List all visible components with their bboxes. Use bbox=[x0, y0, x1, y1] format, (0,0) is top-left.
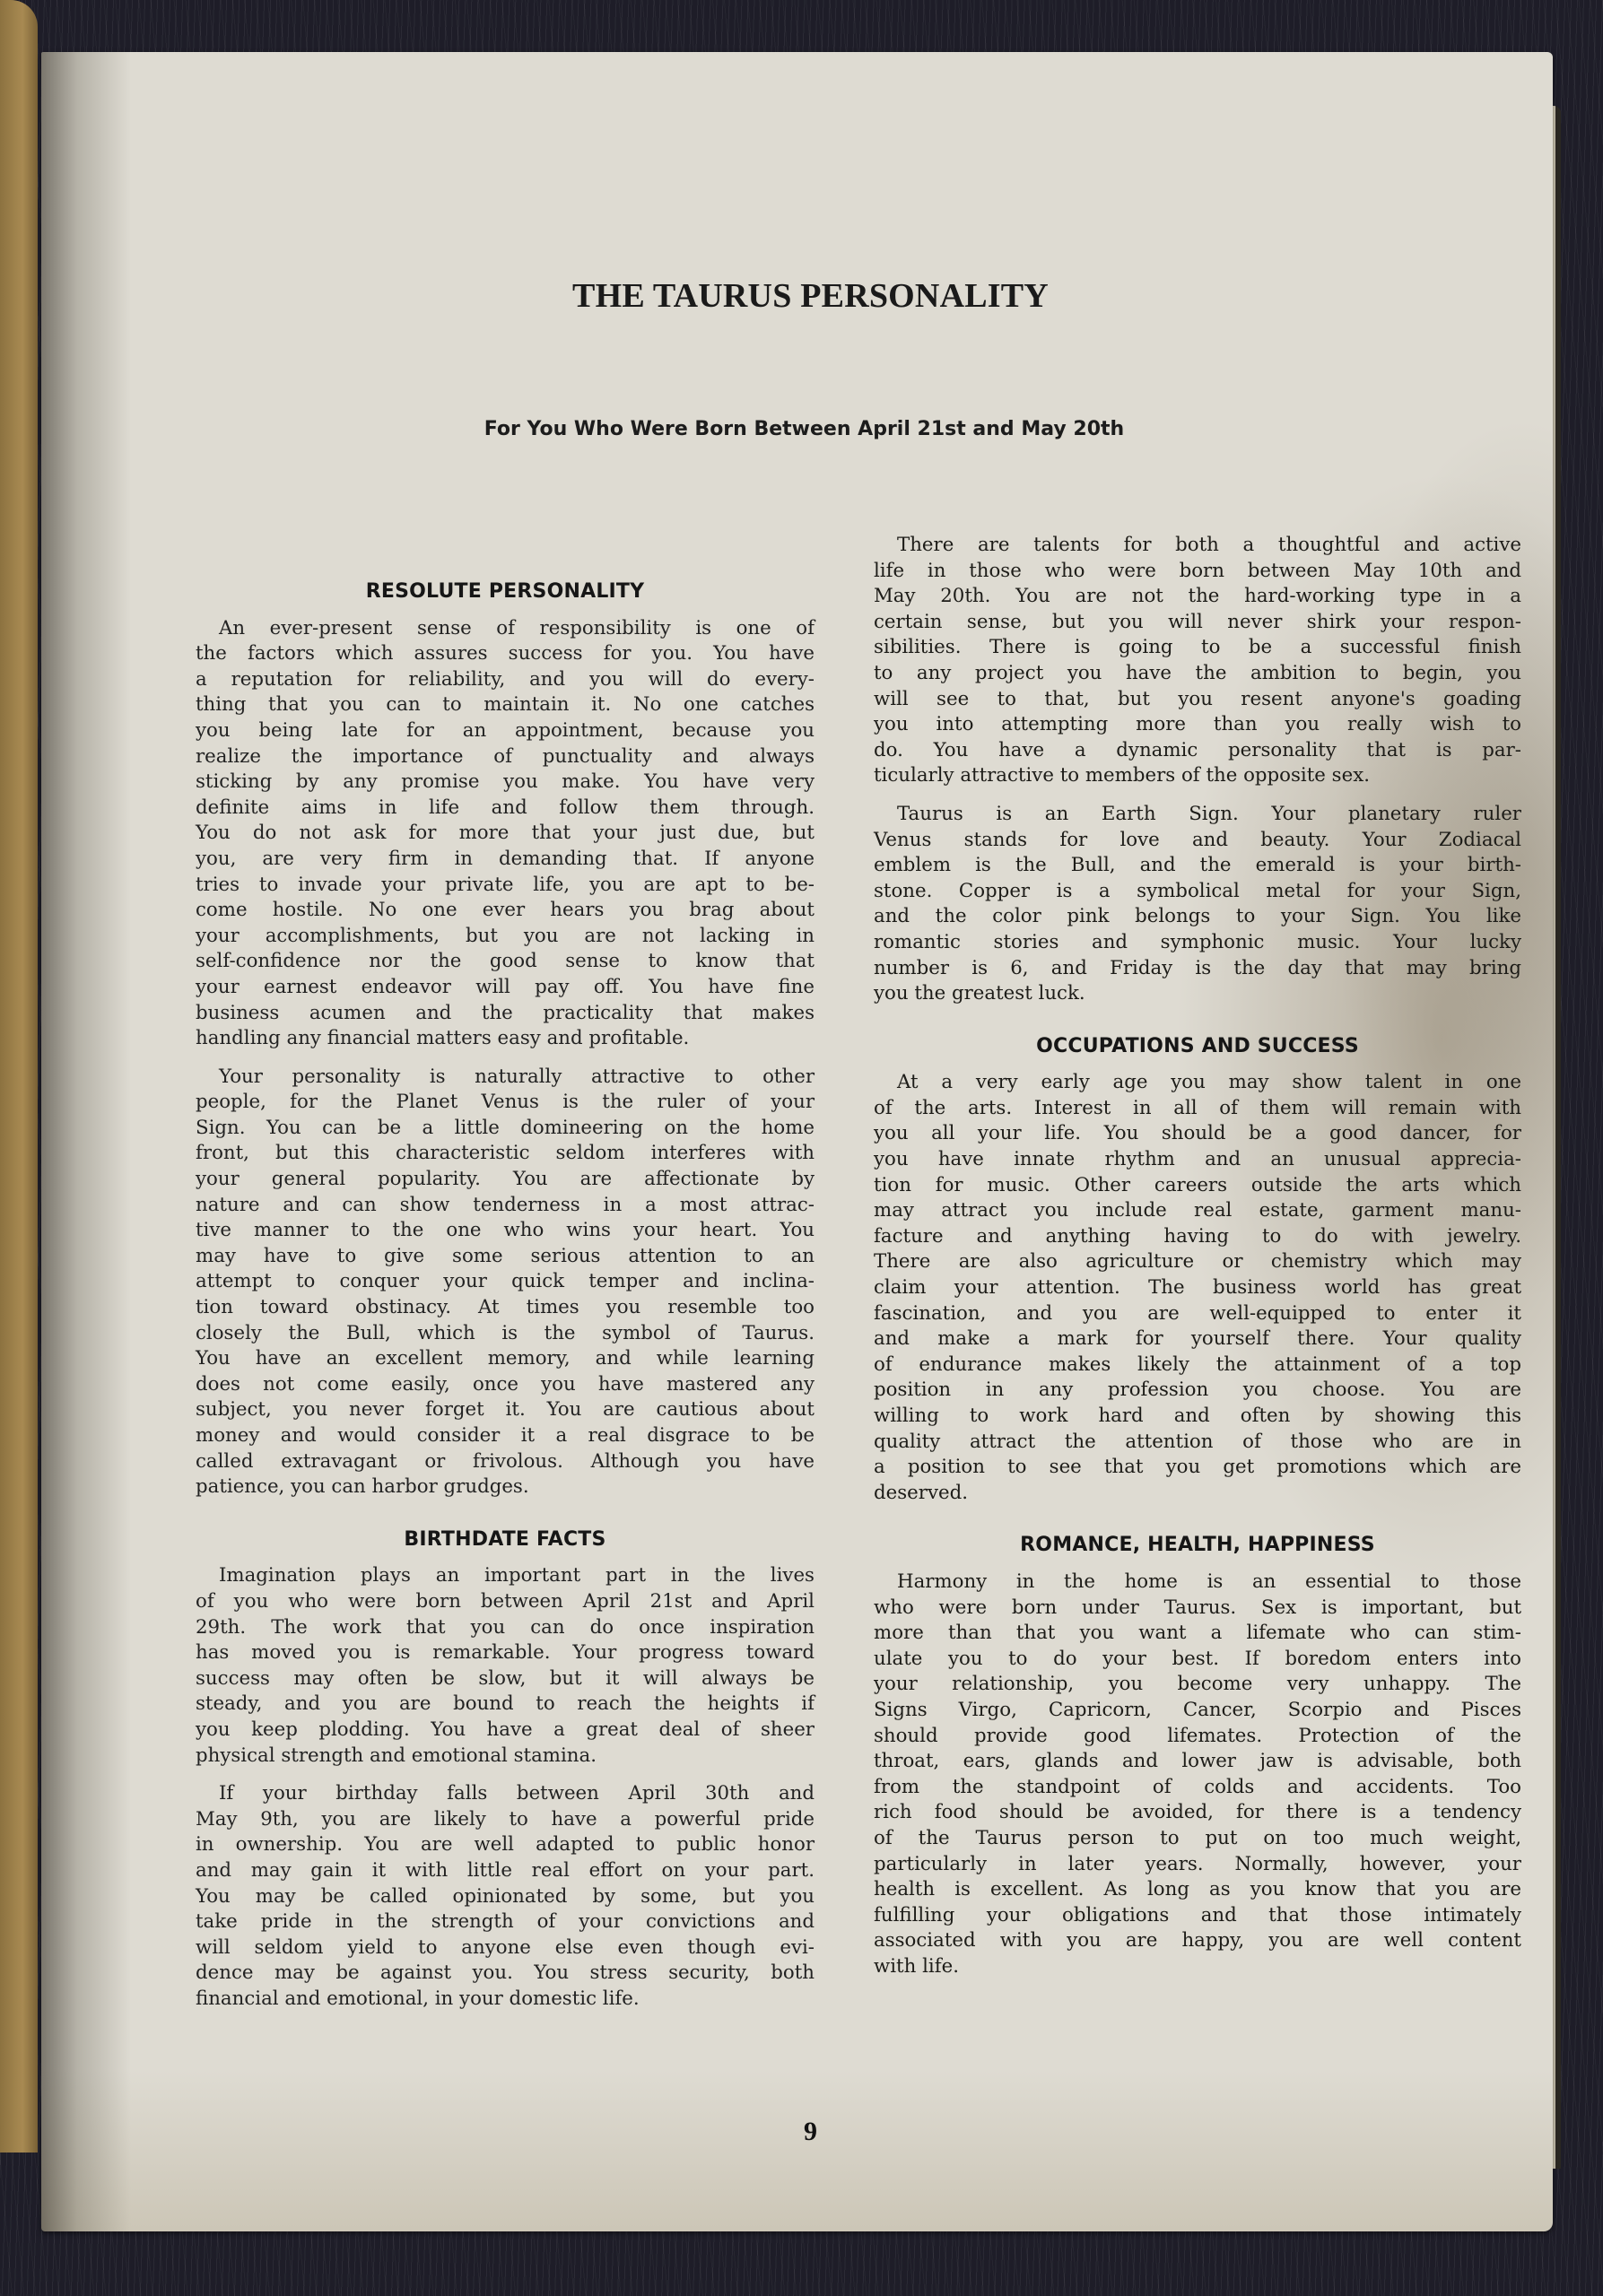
paragraph: Your personality is naturally attractive… bbox=[196, 1065, 815, 1500]
text-line: Imagination plays an important part in t… bbox=[196, 1563, 815, 1589]
text-line: you all your life. You should be a good … bbox=[874, 1121, 1521, 1147]
text-line: Taurus is an Earth Sign. Your planetary … bbox=[874, 802, 1521, 828]
paragraph: At a very early age you may show talent … bbox=[874, 1070, 1521, 1506]
text-line: closely the Bull, which is the symbol of… bbox=[196, 1321, 815, 1347]
text-line: more than that you want a lifemate who c… bbox=[874, 1621, 1521, 1647]
text-line: business acumen and the practicality tha… bbox=[196, 1001, 815, 1027]
text-line: and the color pink belongs to your Sign.… bbox=[874, 904, 1521, 930]
text-line: money and would consider it a real disgr… bbox=[196, 1423, 815, 1449]
text-line: you the greatest luck. bbox=[874, 981, 1521, 1007]
text-line: claim your attention. The business world… bbox=[874, 1275, 1521, 1301]
text-line: a reputation for reliability, and you wi… bbox=[196, 667, 815, 693]
paragraph: Harmony in the home is an essential to t… bbox=[874, 1570, 1521, 1980]
text-line: does not come easily, once you have mast… bbox=[196, 1372, 815, 1398]
text-line: realize the importance of punctuality an… bbox=[196, 744, 815, 770]
text-line: tive manner to the one who wins your hea… bbox=[196, 1218, 815, 1244]
text-line: There are talents for both a thoughtful … bbox=[874, 533, 1521, 559]
text-line: Harmony in the home is an essential to t… bbox=[874, 1570, 1521, 1596]
text-line: Sign. You can be a little domineering on… bbox=[196, 1116, 815, 1142]
text-line: deserved. bbox=[874, 1481, 1521, 1507]
text-line: has moved you is remarkable. Your progre… bbox=[196, 1640, 815, 1666]
text-line: Signs Virgo, Capricorn, Cancer, Scorpio … bbox=[874, 1698, 1521, 1724]
text-line: quality attract the attention of those w… bbox=[874, 1430, 1521, 1456]
text-line: you, are very firm in demanding that. If… bbox=[196, 847, 815, 873]
text-line: with life. bbox=[874, 1954, 1521, 1980]
text-line: emblem is the Bull, and the emerald is y… bbox=[874, 853, 1521, 879]
text-line: Venus stands for love and beauty. Your Z… bbox=[874, 828, 1521, 854]
text-line: If your birthday falls between April 30t… bbox=[196, 1781, 815, 1807]
text-line: willing to work hard and often by showin… bbox=[874, 1404, 1521, 1430]
text-line: throat, ears, glands and lower jaw is ad… bbox=[874, 1749, 1521, 1775]
text-line: definite aims in life and follow them th… bbox=[196, 796, 815, 822]
text-line: You may be called opinionated by some, b… bbox=[196, 1884, 815, 1910]
text-line: to any project you have the ambition to … bbox=[874, 661, 1521, 687]
text-line: physical strength and emotional stamina. bbox=[196, 1744, 815, 1770]
text-line: rich food should be avoided, for there i… bbox=[874, 1800, 1521, 1826]
text-line: your relationship, you become very unhap… bbox=[874, 1672, 1521, 1698]
text-line: health is excellent. As long as you know… bbox=[874, 1877, 1521, 1903]
text-line: May 9th, you are likely to have a powerf… bbox=[196, 1807, 815, 1833]
text-line: front, but this characteristic seldom in… bbox=[196, 1141, 815, 1167]
text-line: financial and emotional, in your domesti… bbox=[196, 1987, 815, 2013]
text-line: attempt to conquer your quick temper and… bbox=[196, 1269, 815, 1295]
text-line: sibilities. There is going to be a succe… bbox=[874, 635, 1521, 661]
paragraph: Taurus is an Earth Sign. Your planetary … bbox=[874, 802, 1521, 1007]
text-line: your accomplishments, but you are not la… bbox=[196, 924, 815, 950]
text-line: do. You have a dynamic personality that … bbox=[874, 738, 1521, 764]
book-cover-edge bbox=[0, 0, 38, 2152]
text-line: of the arts. Interest in all of them wil… bbox=[874, 1096, 1521, 1122]
text-line: take pride in the strength of your convi… bbox=[196, 1909, 815, 1935]
text-line: self-confidence nor the good sense to kn… bbox=[196, 949, 815, 975]
section-heading: RESOLUTE PERSONALITY bbox=[196, 579, 815, 605]
section-heading: OCCUPATIONS AND SUCCESS bbox=[874, 1034, 1521, 1060]
section-heading: ROMANCE, HEALTH, HAPPINESS bbox=[874, 1533, 1521, 1559]
text-line: steady, and you are bound to reach the h… bbox=[196, 1692, 815, 1718]
text-line: patience, you can harbor grudges. bbox=[196, 1474, 815, 1500]
text-line: you into attempting more than you really… bbox=[874, 712, 1521, 738]
text-line: tion for music. Other careers outside th… bbox=[874, 1173, 1521, 1199]
page-number: 9 bbox=[41, 2117, 1553, 2147]
text-line: you being late for an appointment, becau… bbox=[196, 718, 815, 744]
text-line: You do not ask for more that your just d… bbox=[196, 821, 815, 847]
text-line: associated with you are happy, you are w… bbox=[874, 1928, 1521, 1954]
article-section: BIRTHDATE FACTSImagination plays an impo… bbox=[196, 1527, 815, 2013]
text-line: stone. Copper is a symbolical metal for … bbox=[874, 879, 1521, 905]
text-line: in ownership. You are well adapted to pu… bbox=[196, 1832, 815, 1858]
text-line: ticularly attractive to members of the o… bbox=[874, 763, 1521, 789]
text-line: of the Taurus person to put on too much … bbox=[874, 1826, 1521, 1852]
section-heading: BIRTHDATE FACTS bbox=[196, 1527, 815, 1553]
text-line: the factors which assures success for yo… bbox=[196, 641, 815, 667]
text-line: romantic stories and symphonic music. Yo… bbox=[874, 930, 1521, 956]
text-line: may attract you include real estate, gar… bbox=[874, 1198, 1521, 1224]
text-line: you have innate rhythm and an unusual ap… bbox=[874, 1147, 1521, 1173]
text-line: ulate you to do your best. If boredom en… bbox=[874, 1647, 1521, 1673]
right-column: There are talents for both a thoughtful … bbox=[874, 533, 1521, 2006]
text-line: tries to invade your private life, you a… bbox=[196, 873, 815, 899]
text-line: dence may be against you. You stress sec… bbox=[196, 1961, 815, 1987]
text-line: At a very early age you may show talent … bbox=[874, 1070, 1521, 1096]
paragraph: If your birthday falls between April 30t… bbox=[196, 1781, 815, 2012]
paragraph: There are talents for both a thoughtful … bbox=[874, 533, 1521, 789]
article-section: RESOLUTE PERSONALITYAn ever-present sens… bbox=[196, 579, 815, 1500]
text-line: particularly in later years. Normally, h… bbox=[874, 1852, 1521, 1878]
text-line: life in those who were born between May … bbox=[874, 559, 1521, 585]
text-line: 29th. The work that you can do once insp… bbox=[196, 1615, 815, 1641]
article-section: OCCUPATIONS AND SUCCESSAt a very early a… bbox=[874, 1034, 1521, 1507]
text-line: and may gain it with little real effort … bbox=[196, 1858, 815, 1884]
text-line: thing that you can to maintain it. No on… bbox=[196, 692, 815, 718]
text-line: come hostile. No one ever hears you brag… bbox=[196, 898, 815, 924]
text-line: fascination, and you are well-equipped t… bbox=[874, 1301, 1521, 1327]
text-line: sticking by any promise you make. You ha… bbox=[196, 770, 815, 796]
text-line: of endurance makes likely the attainment… bbox=[874, 1352, 1521, 1378]
article-section: There are talents for both a thoughtful … bbox=[874, 533, 1521, 1007]
page-subtitle: For You Who Were Born Between April 21st… bbox=[41, 418, 1553, 440]
text-line: handling any financial matters easy and … bbox=[196, 1026, 815, 1052]
left-column: RESOLUTE PERSONALITYAn ever-present sens… bbox=[196, 579, 815, 2039]
text-line: Your personality is naturally attractive… bbox=[196, 1065, 815, 1091]
text-line: You have an excellent memory, and while … bbox=[196, 1346, 815, 1372]
text-line: will see to that, but you resent anyone'… bbox=[874, 687, 1521, 713]
text-line: called extravagant or frivolous. Althoug… bbox=[196, 1449, 815, 1475]
text-line: you keep plodding. You have a great deal… bbox=[196, 1718, 815, 1744]
text-line: facture and anything having to do with j… bbox=[874, 1224, 1521, 1250]
text-line: There are also agriculture or chemistry … bbox=[874, 1249, 1521, 1275]
text-line: position in any profession you choose. Y… bbox=[874, 1378, 1521, 1404]
text-line: nature and can show tenderness in a most… bbox=[196, 1193, 815, 1219]
text-line: May 20th. You are not the hard-working t… bbox=[874, 584, 1521, 610]
text-line: and make a mark for yourself there. Your… bbox=[874, 1326, 1521, 1352]
paragraph: An ever-present sense of responsibility … bbox=[196, 616, 815, 1052]
text-line: who were born under Taurus. Sex is impor… bbox=[874, 1596, 1521, 1622]
paragraph: Imagination plays an important part in t… bbox=[196, 1563, 815, 1769]
text-line: should provide good lifemates. Protectio… bbox=[874, 1724, 1521, 1750]
text-line: from the standpoint of colds and acciden… bbox=[874, 1775, 1521, 1801]
text-line: of you who were born between April 21st … bbox=[196, 1589, 815, 1615]
text-line: An ever-present sense of responsibility … bbox=[196, 616, 815, 642]
text-line: tion toward obstinacy. At times you rese… bbox=[196, 1295, 815, 1321]
text-line: success may often be slow, but it will a… bbox=[196, 1666, 815, 1692]
article-section: ROMANCE, HEALTH, HAPPINESSHarmony in the… bbox=[874, 1533, 1521, 1979]
book-page: THE TAURUS PERSONALITY For You Who Were … bbox=[41, 52, 1553, 2231]
text-line: people, for the Planet Venus is the rule… bbox=[196, 1090, 815, 1116]
text-line: will seldom yield to anyone else even th… bbox=[196, 1935, 815, 1961]
text-line: number is 6, and Friday is the day that … bbox=[874, 956, 1521, 982]
text-line: fulfilling your obligations and that tho… bbox=[874, 1903, 1521, 1929]
text-line: subject, you never forget it. You are ca… bbox=[196, 1397, 815, 1423]
text-line: certain sense, but you will never shirk … bbox=[874, 610, 1521, 636]
text-line: your general popularity. You are affecti… bbox=[196, 1167, 815, 1193]
text-line: a position to see that you get promotion… bbox=[874, 1455, 1521, 1481]
page-title: THE TAURUS PERSONALITY bbox=[41, 276, 1553, 316]
text-line: may have to give some serious attention … bbox=[196, 1244, 815, 1270]
text-line: your earnest endeavor will pay off. You … bbox=[196, 975, 815, 1001]
